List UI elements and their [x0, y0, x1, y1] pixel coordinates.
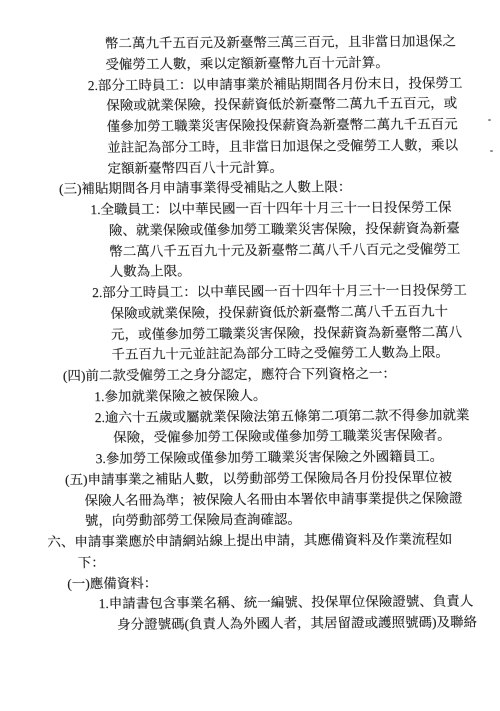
scan-speck	[203, 108, 205, 110]
doc-line: 身分證號碼(負責人為外國人者，其居留證或護照號碼)及聯絡	[6, 612, 500, 636]
doc-line: 千五百九十元並註記為部分工時之受僱勞工人數為上限。	[0, 343, 500, 367]
doc-line: 六、申請事業應於申請網站線上提出申請，其應備資料及作業流程如	[4, 529, 500, 553]
doc-line: 保險或就業保險，投保薪資低於新臺幣二萬八千五百九十	[0, 301, 500, 325]
doc-line: 幣二萬八千五百九十元及新臺幣二萬八千八百元之受僱勞工	[0, 239, 498, 263]
doc-line: 幣二萬九千五百元及新臺幣三萬三百元，且非當日加退保之	[0, 31, 494, 55]
document-page: 幣二萬九千五百元及新臺幣三萬三百元，且非當日加退保之 受僱勞工人數，乘以定額新臺…	[0, 0, 500, 711]
doc-line: 並註記為部分工時，且非當日加退保之受僱勞工人數，乘以	[0, 135, 496, 159]
doc-line: 險、就業保險或僅參加勞工職業災害保險，投保薪資為新臺	[0, 218, 498, 242]
scan-speck	[488, 119, 491, 121]
scan-speck	[490, 150, 493, 152]
document-text-block: 幣二萬九千五百元及新臺幣三萬三百元，且非當日加退保之 受僱勞工人數，乘以定額新臺…	[0, 31, 500, 636]
doc-line: (五)申請事業之補貼人數，以勞動部勞工保險局各月份投保單位被	[3, 467, 500, 491]
doc-line: 保險人名冊為準；被保險人名冊由本署依申請事業提供之保險證	[3, 488, 500, 512]
